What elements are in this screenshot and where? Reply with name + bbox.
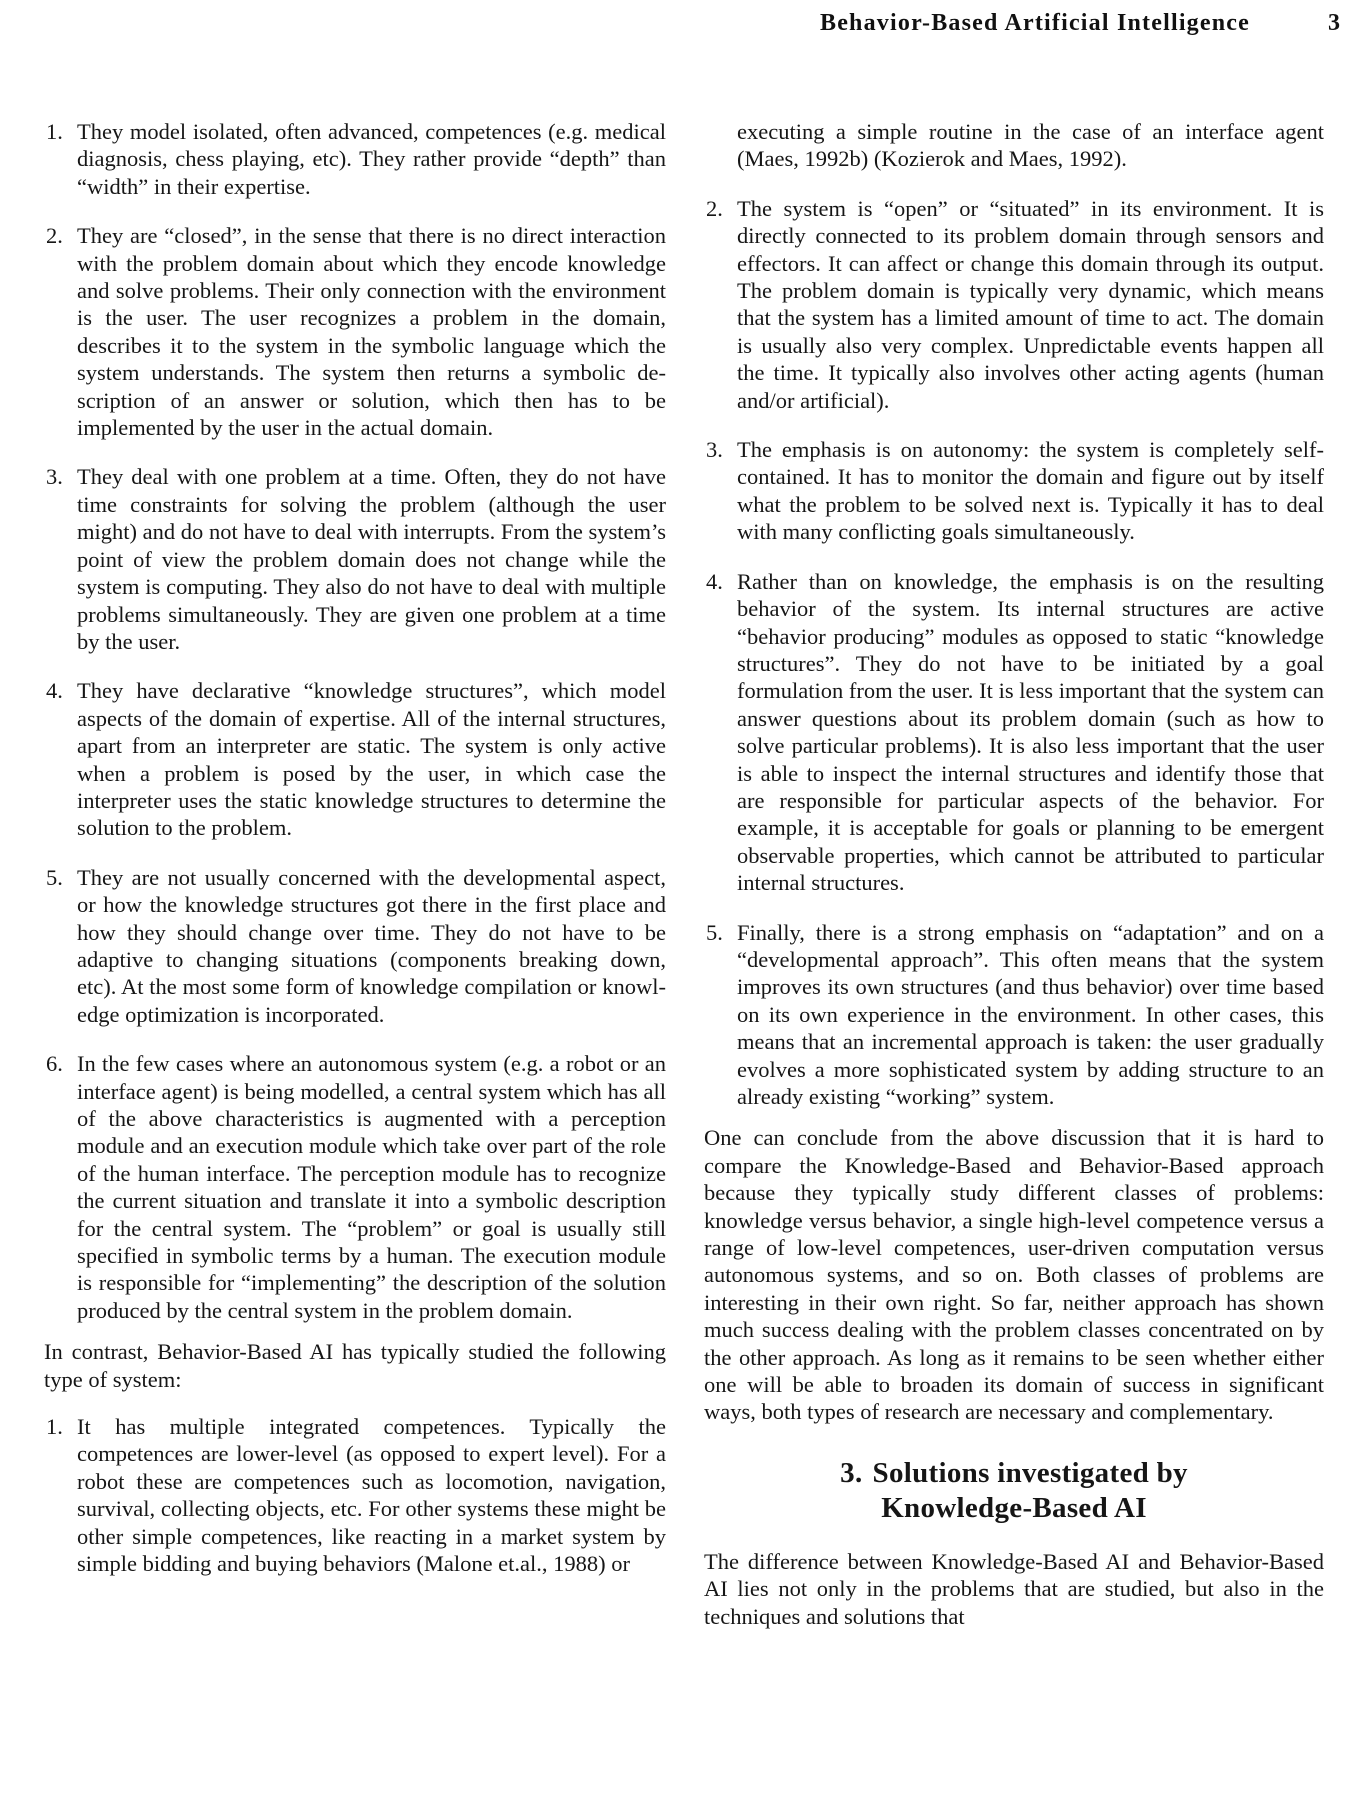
list-item: 5. Finally, there is a strong emphasis o… [704,919,1324,1111]
list-item: 5. They are not usually concerned with t… [44,864,666,1028]
list-number: 2. [46,222,63,249]
list-item-text: They deal with one problem at a time. Of… [77,463,666,655]
transition-paragraph: In contrast, Behavior-Based AI has typic… [44,1338,666,1393]
running-title: Behavior-Based Artificial Intelligence [780,10,1250,37]
list-item-text: Rather than on knowledge, the emphasis i… [737,568,1324,897]
list-item-text: They are not usually concerned with the … [77,864,666,1028]
page-number: 3 [1310,10,1340,37]
list-item-text: It has multiple integrated competences. … [77,1413,666,1577]
section-title-line-2: Knowledge-Based AI [881,1492,1147,1524]
list-number: 5. [706,919,723,946]
list-item: 3. They deal with one problem at a time.… [44,463,666,655]
right-column: executing a simple routine in the case o… [704,118,1324,1650]
list-item-text: They are “closed”, in the sense that the… [77,222,666,441]
list-item-continuation: executing a simple routine in the case o… [704,118,1324,173]
list-number: 6. [46,1050,63,1077]
list-item-text: The emphasis is on autonomy: the system … [737,436,1324,546]
list-item: 1. It has multiple integrated competence… [44,1413,666,1577]
list-item-text: They have declarative “knowledge structu… [77,677,666,841]
list-item: 1. They model isolated, often advanced, … [44,118,666,200]
list-item: 2. The system is “open” or “situated” in… [704,195,1324,414]
section-paragraph: The difference between Knowledge-Based A… [704,1548,1324,1630]
list-item-text: In the few cases where an autonomous sys… [77,1050,666,1324]
list-number: 5. [46,864,63,891]
list-number: 3. [46,463,63,490]
list-item-text: The system is “open” or “situated” in it… [737,195,1324,414]
list-item: 3. The emphasis is on autonomy: the syst… [704,436,1324,546]
section-number: 3. [840,1457,862,1489]
list-number: 3. [706,436,723,463]
list-number: 1. [46,118,63,145]
list-item: 4. They have declarative “knowledge stru… [44,677,666,841]
left-column: 1. They model isolated, often advanced, … [44,118,666,1600]
list-number: 2. [706,195,723,222]
list-item: 4. Rather than on knowledge, the emphasi… [704,568,1324,897]
knowledge-based-characteristics-list: 1. They model isolated, often advanced, … [44,118,666,1324]
list-number: 1. [46,1413,63,1440]
list-item-text: They model isolated, often advanced, com… [77,118,666,200]
section-heading: 3.Solutions investigated by Knowledge-Ba… [704,1456,1324,1526]
list-number: 4. [706,568,723,595]
list-item: 2. They are “closed”, in the sense that … [44,222,666,441]
behavior-based-characteristics-list-continued: 2. The system is “open” or “situated” in… [704,195,1324,1111]
behavior-based-characteristics-list: 1. It has multiple integrated competence… [44,1413,666,1577]
list-item-text: Finally, there is a strong emphasis on “… [737,919,1324,1111]
section-title-line-1: Solutions investigated by [873,1457,1188,1489]
conclusion-paragraph: One can conclude from the above discussi… [704,1124,1324,1425]
list-item: 6. In the few cases where an autonomous … [44,1050,666,1324]
list-number: 4. [46,677,63,704]
